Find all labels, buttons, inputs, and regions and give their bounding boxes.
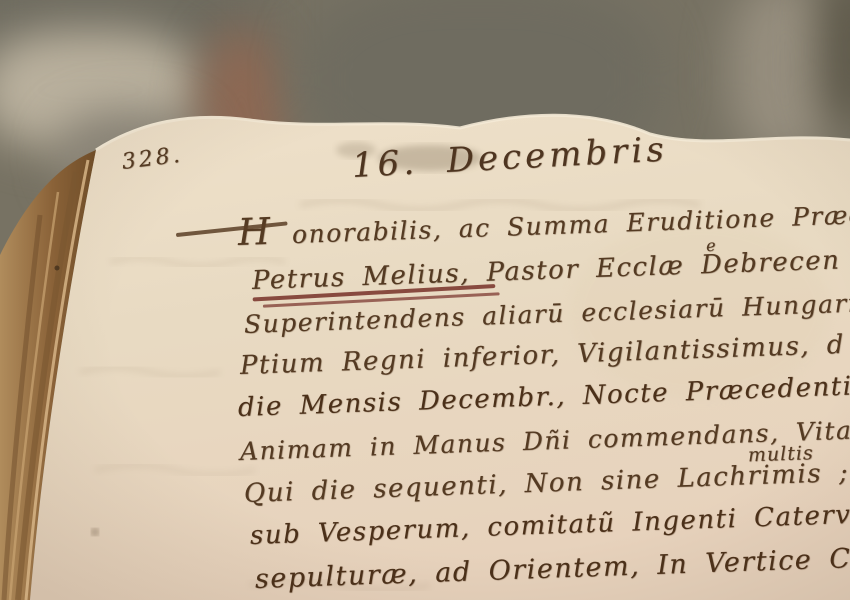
entry-line-7: Qui die sequenti, Non sine Lachrimis ; m…: [243, 458, 849, 509]
interlinear-insertion: multis: [748, 442, 815, 466]
superscript-abbreviation: e: [706, 236, 718, 255]
entry-date-heading: 16. Decembris: [351, 129, 669, 185]
page-number: 328.: [120, 143, 184, 175]
line-text: onorabilis, ac Summa Eruditione Præditus…: [292, 197, 850, 249]
underlined-name: Petrus Melius,: [251, 258, 487, 296]
manuscript-photo: 328. 16. Decembris H onorabilis, ac Summ…: [0, 0, 850, 600]
entry-line-2: Petrus Melius, Pastor Ecclæ Debrecen e: [251, 245, 840, 296]
entry-line-5: die Mensis Decembr., Nocte Præcedenti,: [237, 371, 850, 423]
entry-line-9: sepulturæ, ad Orientem, In Vertice Colli…: [254, 541, 850, 595]
entry-line-8: sub Vesperum, comitatũ Ingenti Caterva, …: [249, 498, 850, 551]
initial-capital-h: H: [237, 209, 293, 254]
initial-letter: H: [237, 210, 272, 254]
manuscript-text: 328. 16. Decembris H onorabilis, ac Summ…: [0, 0, 850, 600]
line-text: Pastor Ecclæ Debrecen: [486, 245, 841, 287]
entry-line-4: Ptium Regni inferior, Vigilantissimus, d: [239, 330, 845, 381]
entry-line-1: H onorabilis, ac Summa Eruditione Prædit…: [237, 197, 850, 251]
